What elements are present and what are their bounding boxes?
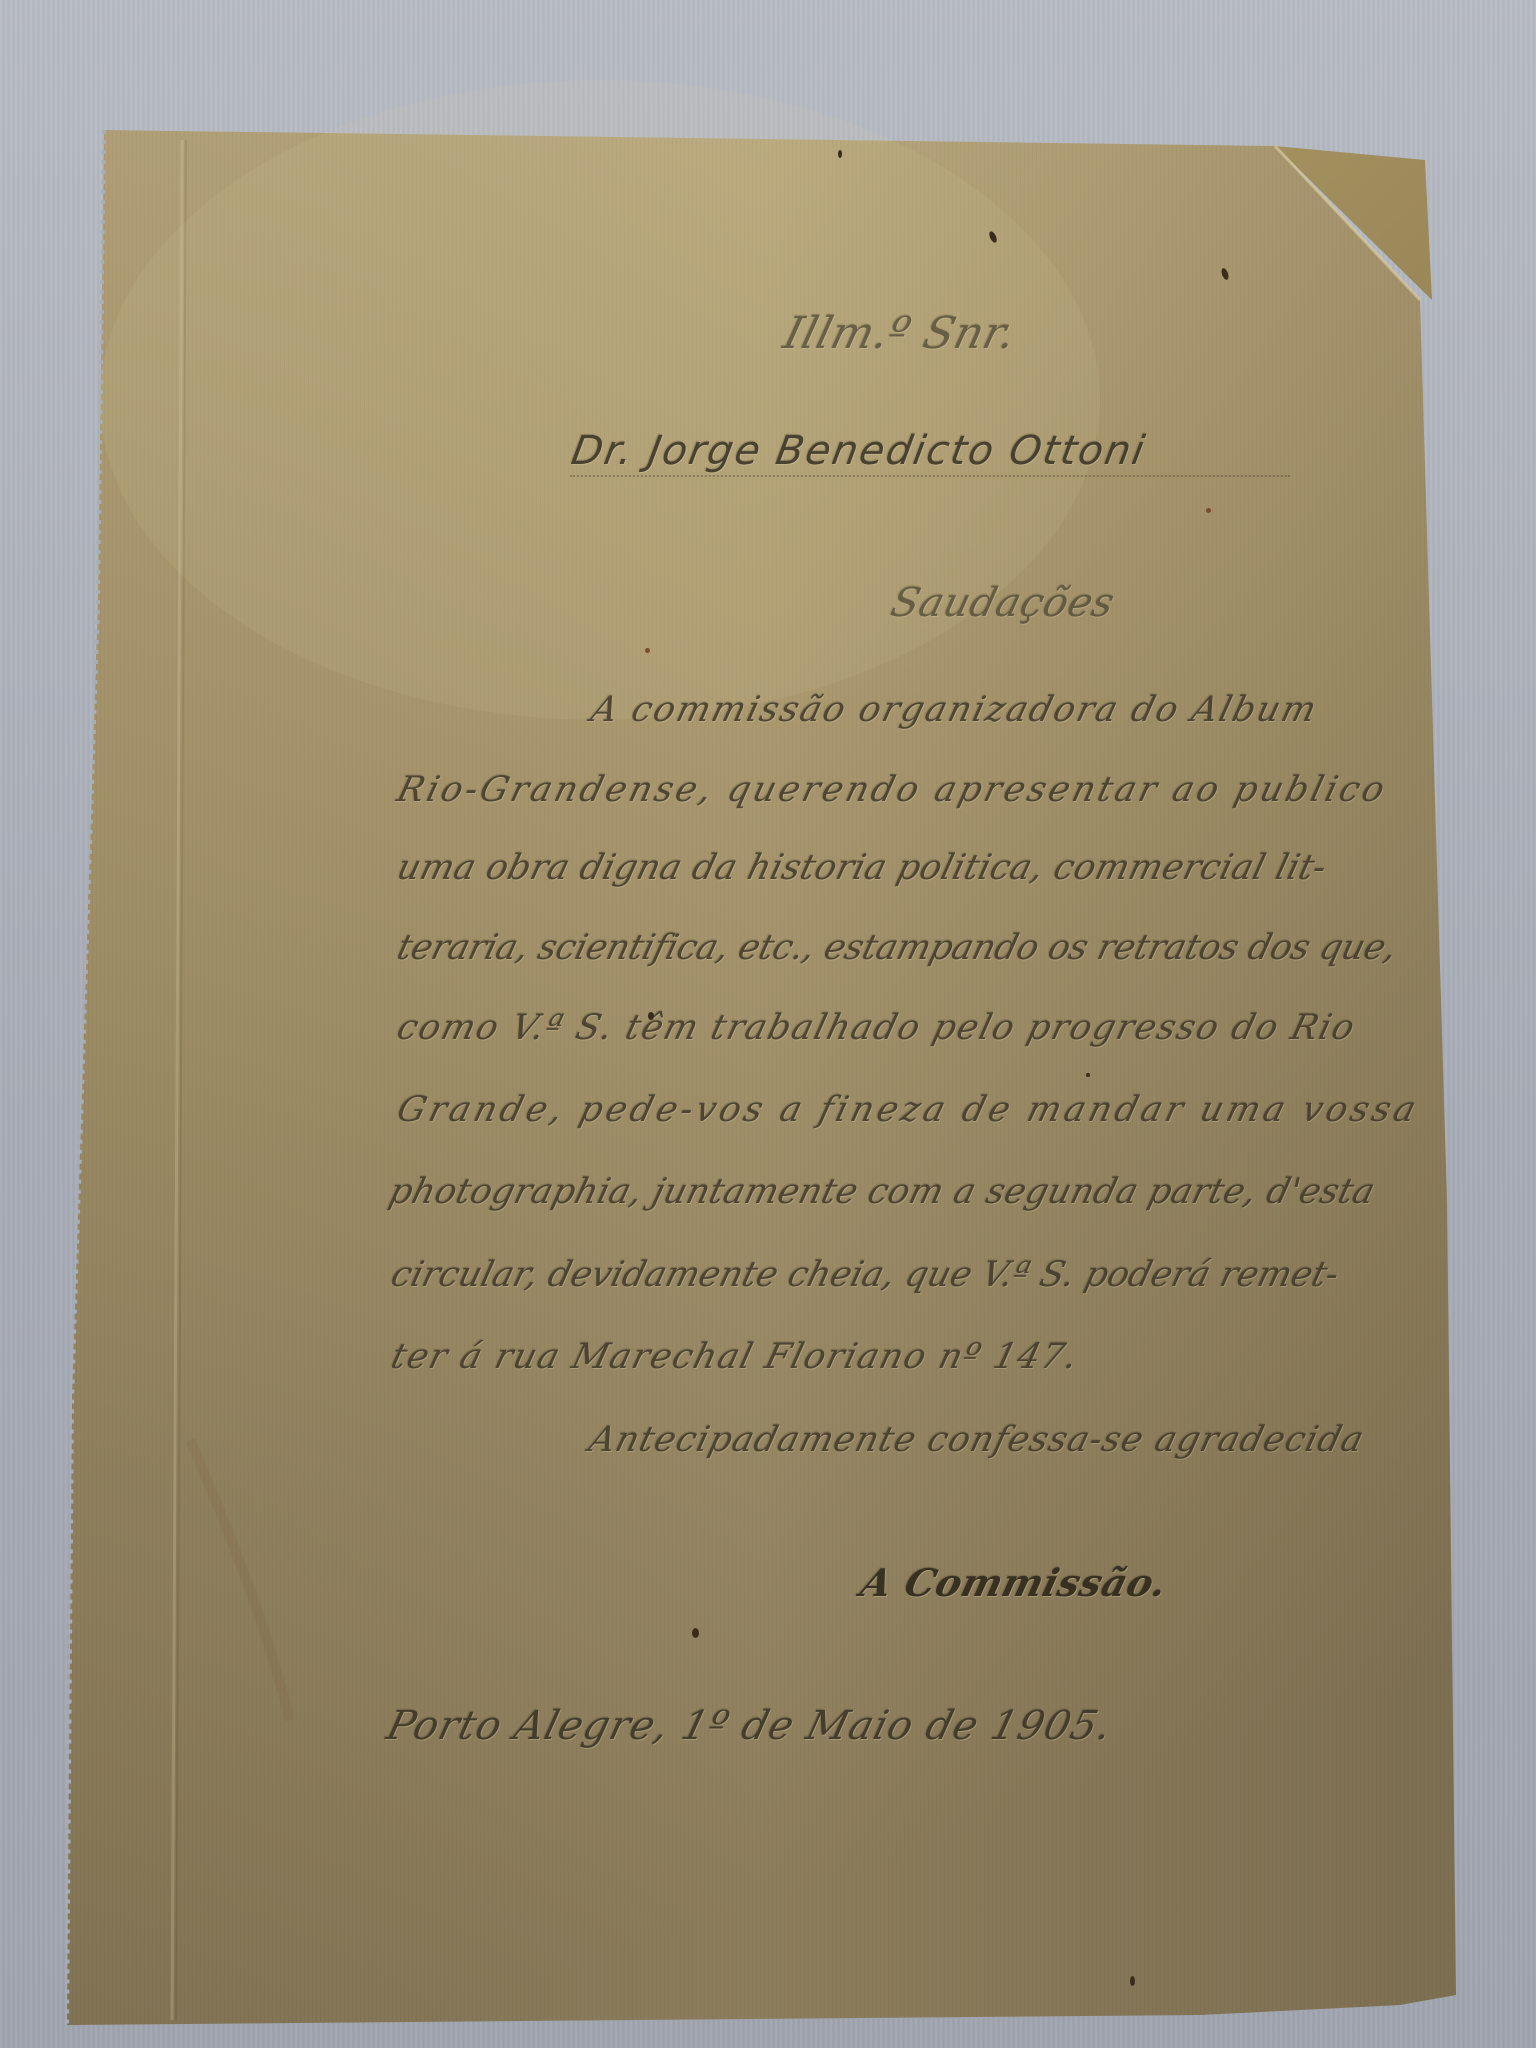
body-line-8: circular, devidamente cheia, que V.ª S. … (387, 1255, 1343, 1295)
body-line-7: photographia, juntamente com a segunda p… (385, 1172, 1379, 1212)
letter-text: Illm.º Snr. Dr. Jorge Benedicto Ottoni S… (0, 0, 1536, 2048)
body-line-9: ter á rua Marechal Floriano nº 147. (387, 1337, 1083, 1377)
body-line-4: teraria, scientifica, etc., estampando o… (393, 928, 1401, 968)
addressee-handwritten: Dr. Jorge Benedicto Ottoni (568, 428, 1150, 474)
greeting: Saudações (886, 580, 1119, 626)
body-line-3: uma obra digna da historia politica, com… (393, 848, 1331, 888)
body-line-6: Grande, pede-vos a fineza de mandar uma … (393, 1090, 1424, 1130)
body-line-5: como V.ª S. têm trabalhado pelo progress… (393, 1008, 1360, 1048)
salutation: Illm.º Snr. (779, 308, 1022, 359)
addressee-dotted-line (570, 475, 1290, 477)
body-line-2: Rio-Grandense, querendo apresentar ao pu… (393, 770, 1392, 810)
closing-line: Antecipadamente confessa-se agradecida (585, 1420, 1369, 1460)
signature: A Commissão. (856, 1560, 1172, 1605)
body-line-1: A commissão organizadora do Album (587, 690, 1287, 730)
dateline: Porto Alegre, 1º de Maio de 1905. (382, 1703, 1117, 1749)
